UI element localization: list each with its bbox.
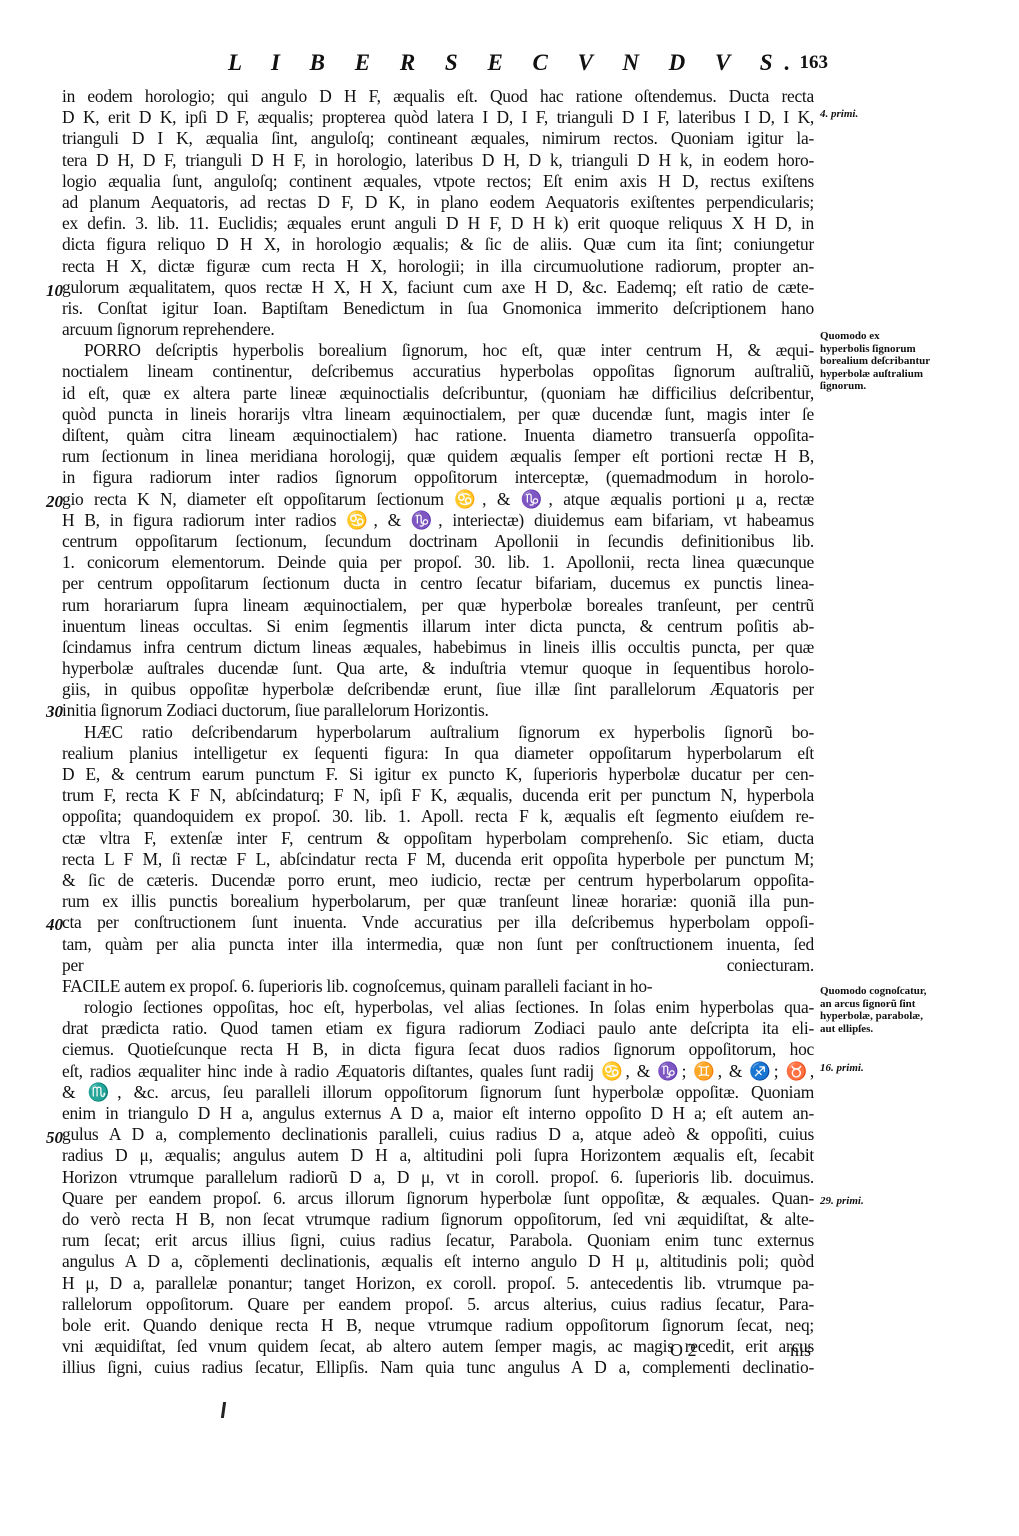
text-line: initia ſignorum Zodiaci ductorum, ſiue p… xyxy=(62,700,814,721)
margin-note: 4. primi. xyxy=(820,108,930,121)
line-number: 30 xyxy=(46,702,63,722)
text-line: quòd puncta in lineis horarijs vltra lin… xyxy=(62,404,814,425)
text-line: angulus A D a, cõplementi declinationis,… xyxy=(62,1251,814,1272)
text-line: drat prædicta ratio. Quod tamen etiam ex… xyxy=(62,1018,814,1039)
margin-note: Quomodo ex hyperbolis ſignorum borealium… xyxy=(820,330,930,393)
text-line: inuentum lineas occultas. Si enim ſegmen… xyxy=(62,616,814,637)
text-line: id eſt, quæ ex altera parte lineæ æquino… xyxy=(62,383,814,404)
text-line: HÆC ratio deſcribendarum hyperbolarum au… xyxy=(62,722,814,743)
text-line: in figura radiorum inter radios ſignorum… xyxy=(62,467,814,488)
text-line: D E, & centrum earum punctum F. Si igitu… xyxy=(62,764,814,785)
page-header: L I B E R S E C V N D V S. 163 xyxy=(228,50,828,90)
text-line: Quare per eandem propoſ. 6. arcus illoru… xyxy=(62,1188,814,1209)
text-line: ciemus. Quotieſcunque recta H B, in dict… xyxy=(62,1039,814,1060)
catchword: nis xyxy=(790,1340,811,1361)
text-line: & ſic de cæteris. Ducendæ porro erunt, m… xyxy=(62,870,814,891)
text-line: giis, in quibus oppoſitæ hyperbolæ deſcr… xyxy=(62,679,814,700)
text-line: bole erit. Quando denique recta H B, neq… xyxy=(62,1315,814,1336)
text-line: rum ſectionum in linea meridiana horolog… xyxy=(62,446,814,467)
text-line: ex defin. 3. lib. 11. Euclidis; æquales … xyxy=(62,213,814,234)
margin-note: 29. primi. xyxy=(820,1195,930,1208)
line-number: 40 xyxy=(46,915,63,935)
text-line: rum horariarum ſupra lineam æquinoctiale… xyxy=(62,595,814,616)
text-line: gio recta K N, diameter eſt oppoſitarum … xyxy=(62,489,814,510)
text-line: noctialem lineam continentur, deſcribemu… xyxy=(62,361,814,382)
running-title: L I B E R S E C V N D V S. xyxy=(228,50,802,76)
text-line: vni æquidiſtat, ſed vnum quidem ſecat, a… xyxy=(62,1336,814,1357)
line-number: 10 xyxy=(46,281,63,301)
text-line: rum ex illis punctis borealium hyperbola… xyxy=(62,891,814,912)
text-line: oppoſita; quandoquidem ex propoſ. 30. li… xyxy=(62,806,814,827)
text-line: H B, in figura radiorum inter radios ♋, … xyxy=(62,510,814,531)
text-line: rallelorum oppoſitorum. Quare per eandem… xyxy=(62,1294,814,1315)
body-text: in eodem horologio; qui angulo D H F, æq… xyxy=(62,86,814,1378)
text-line: realium planius intelligetur ex ſequenti… xyxy=(62,743,814,764)
text-line: logio æqualia ſunt, anguloſq; continent … xyxy=(62,171,814,192)
text-line: centrum oppoſitarum ſectionum, ſecundum … xyxy=(62,531,814,552)
text-line: cta per conſtructionem ſunt inuenta. Vnd… xyxy=(62,912,814,933)
text-line: ctæ vltra F, extenſæ inter F, centrum & … xyxy=(62,828,814,849)
text-line: Horizon vtrumque parallelum radiorũ D a,… xyxy=(62,1167,814,1188)
text-line: gulus A D a, complemento declinationis p… xyxy=(62,1124,814,1145)
text-line: tam, quàm per alia puncta inter illa int… xyxy=(62,934,814,955)
text-line: ris. Conſtat igitur Ioan. Baptiſtam Bene… xyxy=(62,298,814,319)
text-line: dicta figura reliquo D H X, in horologio… xyxy=(62,234,814,255)
line-number: 20 xyxy=(46,492,63,512)
text-line: do verò recta H B, non ſecat vtrumque ra… xyxy=(62,1209,814,1230)
text-line: trianguli D I K, æqualia ſint, anguloſq;… xyxy=(62,128,814,149)
text-line: rologio ſectiones oppoſitas, hoc eſt, hy… xyxy=(62,997,814,1018)
text-line: 1. conicorum elementorum. Deinde quia pe… xyxy=(62,552,814,573)
text-line: PORRO deſcriptis hyperbolis borealium ſi… xyxy=(62,340,814,361)
text-line: FACILE autem ex propoſ. 6. ſuperioris li… xyxy=(62,976,814,997)
text-line: & ♏, &c. arcus, ſeu paralleli illorum op… xyxy=(62,1082,814,1103)
text-line: per coniecturam. xyxy=(62,955,814,976)
text-line: enim in triangulo D H a, angulus externu… xyxy=(62,1103,814,1124)
text-line: rum ſecat; erit arcus illius ſigni, cuiu… xyxy=(62,1230,814,1251)
page-number: 163 xyxy=(800,52,829,74)
text-line: arcuum ſignorum reprehendere. xyxy=(62,319,814,340)
signature-mark: O 2 xyxy=(670,1340,697,1361)
margin-note: Quomodo cognoſcatur, an arcus ſignorũ ſi… xyxy=(820,985,930,1035)
text-line: illius ſigni, cuius radius ſecatur, Elli… xyxy=(62,1357,814,1378)
text-line: trum F, recta K F N, abſcindaturq; F N, … xyxy=(62,785,814,806)
text-line: ad planum Aequatoris, ad rectas D F, D K… xyxy=(62,192,814,213)
text-line: diſtent, quàm citra lineam æquinoctialem… xyxy=(62,425,814,446)
text-line: hyperbolæ auſtrales ducendæ ſunt. Qua ar… xyxy=(62,658,814,679)
text-line: recta H X, dictæ figuræ cum recta H X, h… xyxy=(62,256,814,277)
text-line: eſt, radios æqualiter hinc inde à radio … xyxy=(62,1061,814,1082)
text-line: per centrum oppoſitarum ſectionum ducta … xyxy=(62,573,814,594)
line-number: 50 xyxy=(46,1128,63,1148)
text-line: H μ, D a, parallelæ ponantur; tanget Hor… xyxy=(62,1273,814,1294)
text-line: D K, erit D K, ipſi D F, æqualis; propte… xyxy=(62,107,814,128)
text-line: in eodem horologio; qui angulo D H F, æq… xyxy=(62,86,814,107)
margin-note: 16. primi. xyxy=(820,1062,930,1075)
text-line: ſcindamus infra centrum dictum lineas æq… xyxy=(62,637,814,658)
stray-ink-mark xyxy=(221,1402,226,1418)
text-line: tera D H, D F, trianguli D H F, in horol… xyxy=(62,150,814,171)
text-line: recta L F M, ſi rectæ F L, abſcindatur r… xyxy=(62,849,814,870)
text-line: gulorum æqualitatem, quos rectæ H X, H X… xyxy=(62,277,814,298)
text-line: radius D μ, æqualis; angulus autem D H a… xyxy=(62,1145,814,1166)
